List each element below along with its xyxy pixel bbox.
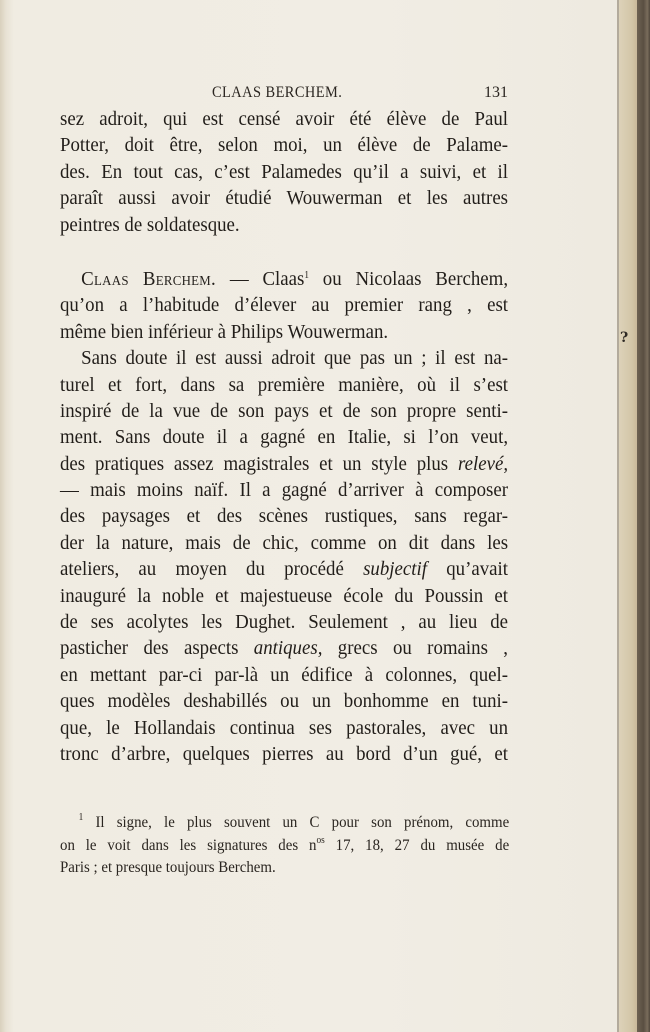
text-line: ateliers, au moyen du procédé subjectif … xyxy=(60,556,508,582)
text-line: turel et fort, dans sa première manière,… xyxy=(60,372,508,398)
superscript: os xyxy=(316,835,324,846)
text-span: ateliers, au moyen du procédé xyxy=(60,558,363,580)
text-line: des paysages et des scènes rustiques, sa… xyxy=(60,503,508,529)
italic-term: subjectif xyxy=(363,558,427,580)
text-line: tronc d’arbre, quelques pierres au bord … xyxy=(60,741,508,767)
text-line: Potter, doit être, selon moi, un élève d… xyxy=(60,132,508,158)
text-span: — Claas xyxy=(216,268,304,290)
text-line: qu’on a l’habitude d’élever au premier r… xyxy=(60,292,508,318)
text-line: sez adroit, qui est censé avoir été élèv… xyxy=(60,106,508,132)
next-leaf-edge xyxy=(619,0,637,1032)
running-title: CLAAS BERCHEM. xyxy=(212,84,342,102)
text-span: on le voit dans les signatures des n xyxy=(60,837,316,854)
book-binding xyxy=(637,0,650,1032)
text-line: Sans doute il est aussi adroit que pas u… xyxy=(60,345,508,371)
text-span: grecs ou romains , xyxy=(322,637,508,659)
text-span: pasticher des aspects xyxy=(60,637,254,659)
text-line: même bien inférieur à Philips Wouwerman. xyxy=(60,319,508,345)
footnote-line: Paris ; et presque toujours Berchem. xyxy=(60,857,509,880)
text-span: des pratiques assez magistrales et un st… xyxy=(60,453,458,475)
text-span: qu’avait xyxy=(427,558,508,580)
text-line: inspiré de la vue de son pays et de son … xyxy=(60,398,508,424)
text-line: pasticher des aspects antiques, grecs ou… xyxy=(60,635,508,661)
text-line: der la nature, mais de chic, comme on di… xyxy=(60,530,508,556)
margin-mark: ? xyxy=(620,330,628,346)
text-line: des pratiques assez magistrales et un st… xyxy=(60,451,508,477)
text-line: ques modèles deshabillés ou un bonhomme … xyxy=(60,688,508,714)
running-head: CLAAS BERCHEM. 131 xyxy=(60,84,508,104)
footnote: 1 Il signe, le plus souvent un C pour so… xyxy=(60,812,510,880)
text-line: de ses acolytes les Dughet. Seulement , … xyxy=(60,609,508,635)
text-line: en mettant par-ci par-là un édifice à co… xyxy=(60,662,508,688)
paragraph-gap xyxy=(60,238,508,266)
text-line: — mais moins naïf. Il a gagné d’arriver … xyxy=(60,477,508,503)
text-line: des. En tout cas, c’est Palamedes qu’il … xyxy=(60,159,508,185)
text-span: ou Nicolaas Berchem, xyxy=(309,268,508,290)
section-lead: Claas Berchem. xyxy=(81,268,216,290)
text-line: peintres de soldatesque. xyxy=(60,212,508,238)
italic-term: relevé, xyxy=(458,453,508,475)
footnote-line: 1 Il signe, le plus souvent un C pour so… xyxy=(60,812,509,835)
italic-term: antiques, xyxy=(254,637,323,659)
text-line: ment. Sans doute il a gagné en Italie, s… xyxy=(60,424,508,450)
text-span: Il signe, le plus souvent un C pour son … xyxy=(83,814,509,831)
page-number: 131 xyxy=(484,84,508,102)
text-line: paraît aussi avoir étudié Wouwerman et l… xyxy=(60,185,508,211)
body-text: sez adroit, qui est censé avoir été élèv… xyxy=(60,106,508,767)
footnote-line: on le voit dans les signatures des nos 1… xyxy=(60,835,509,858)
text-line: Claas Berchem. — Claas1 ou Nicolaas Berc… xyxy=(60,266,508,292)
text-line: que, le Hollandais continua ses pastoral… xyxy=(60,715,508,741)
text-line: inauguré la noble et majestueuse école d… xyxy=(60,583,508,609)
text-span: 17, 18, 27 du musée de xyxy=(325,837,509,854)
